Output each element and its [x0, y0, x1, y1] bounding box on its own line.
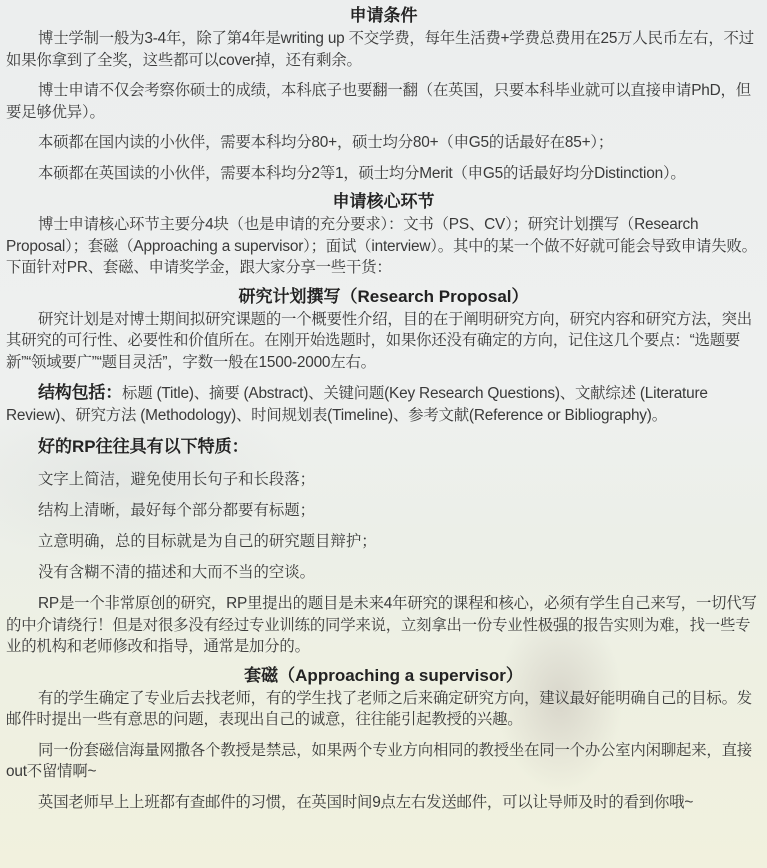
section-title-core: 申请核心环节 [6, 190, 761, 214]
quality-item: 文字上简洁，避免使用长句子和长段落； [6, 469, 761, 490]
structure-paragraph: 结构包括：标题 (Title)、摘要 (Abstract)、关键问题(Key R… [6, 382, 761, 426]
section-title-conditions: 申请条件 [6, 4, 761, 28]
quality-item: 结构上清晰，最好每个部分都要有标题； [6, 500, 761, 521]
section-title-supervisor: 套磁（Approaching a supervisor） [6, 664, 761, 688]
paragraph: 本硕都在英国读的小伙伴，需要本科均分2等1，硕士均分Merit（申G5的话最好均… [6, 163, 761, 185]
paragraph: 英国老师早上上班都有查邮件的习惯，在英国时间9点左右发送邮件，可以让导师及时的看… [6, 792, 761, 814]
paragraph: 本硕都在国内读的小伙伴，需要本科均分80+，硕士均分80+（申G5的话最好在85… [6, 132, 761, 154]
paragraph: 博士学制一般为3-4年，除了第4年是writing up 不交学费，每年生活费+… [6, 28, 761, 71]
paragraph: 同一份套磁信海量网撒各个教授是禁忌，如果两个专业方向相同的教授坐在同一个办公室内… [6, 740, 761, 783]
paragraph: RP是一个非常原创的研究，RP里提出的题目是未来4年研究的课程和核心，必须有学生… [6, 593, 761, 658]
quality-item: 没有含糊不清的描述和大而不当的空谈。 [6, 562, 761, 583]
structure-label: 结构包括： [38, 383, 122, 402]
paragraph: 研究计划是对博士期间拟研究课题的一个概要性介绍，目的在于阐明研究方向，研究内容和… [6, 309, 761, 374]
quality-item: 立意明确，总的目标就是为自己的研究题目辩护； [6, 531, 761, 552]
qualities-title: 好的RP往往具有以下特质： [6, 435, 761, 459]
paragraph: 有的学生确定了专业后去找老师，有的学生找了老师之后来确定研究方向，建议最好能明确… [6, 688, 761, 731]
paragraph: 博士申请不仅会考察你硕士的成绩，本科底子也要翻一翻（在英国，只要本科毕业就可以直… [6, 80, 761, 123]
section-title-proposal: 研究计划撰写（Research Proposal） [6, 285, 761, 309]
article-body: 申请条件 博士学制一般为3-4年，除了第4年是writing up 不交学费，每… [0, 0, 767, 813]
paragraph: 博士申请核心环节主要分4块（也是申请的充分要求）：文书（PS、CV）；研究计划撰… [6, 214, 761, 279]
